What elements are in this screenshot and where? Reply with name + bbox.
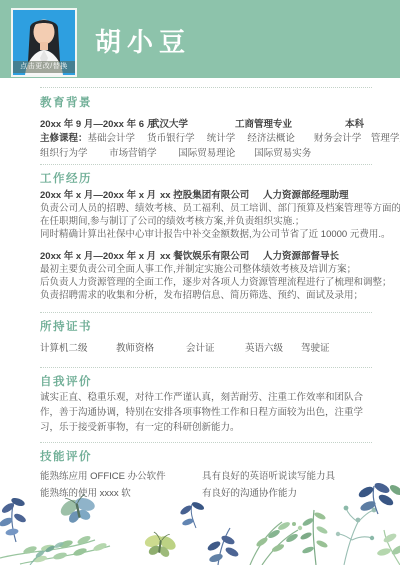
self-evaluation-text: 诚实正直、稳重乐观，对待工作严谨认真，刻苦耐劳、注重工作效率和团队合作，善于沟通… [40, 390, 370, 435]
job1-line1: 负责公司人员的招聘、绩效考核、员工福利、员工培训、部门预算及档案管理等方面的工作… [40, 200, 372, 214]
section-title-certificates: 所持证书 [40, 318, 92, 334]
education-entry-header: 20xx 年 9 月—20xx 年 6 月 武汉大学 工商管理专业 本科 [40, 116, 372, 130]
certificates-row: 计算机二级 教师资格 会计证 英语六级 驾驶证 [40, 340, 372, 354]
job1-line3: 同时精确计算出社保中心审计报告中补交金额数据,为公司节省了近 10000 元费用… [40, 226, 372, 240]
section-title-skills: 技能评价 [40, 448, 92, 464]
job2-line3: 负责招聘需求的收集和分析，发布招聘信息、简历筛选、预约、面试及录用； [40, 287, 372, 301]
certificate-item: 教师资格 [116, 340, 186, 354]
skill-item: 有良好的沟通协作能力 [202, 485, 297, 499]
job2-period: 20xx 年 x 月—20xx 年 x 月 [40, 248, 160, 262]
education-major: 工商管理专业 [235, 116, 345, 130]
certificate-item: 会计证 [186, 340, 245, 354]
job1-line2: 在任职期间,参与制订了公司的绩效考核方案,并负责组织实施.； [40, 213, 372, 227]
job2-line1: 最初主要负责公司全面人事工作,并制定实施公司整体绩效考核及培训方案； [40, 261, 372, 275]
light-green-leaves [376, 530, 400, 565]
education-courses-line2: 组织行为学 市场营销学 国际贸易理论 国际贸易实务 [40, 145, 372, 159]
courses-list-1: 基础会计学 货币银行学 统计学 经济法概论 财务会计学 管理学原理 [88, 133, 400, 144]
job1-header: 20xx 年 x 月—20xx 年 x 月 xx 控股集团有限公司 人力资源部经… [40, 187, 372, 201]
resume-page: 胡小豆 点击更改/替换 教育背景 20xx 年 9 月—20xx 年 6 月 武… [0, 0, 400, 565]
section-divider [40, 312, 372, 313]
job2-company: xx 餐饮娱乐有限公司 [160, 248, 263, 262]
job2-header: 20xx 年 x 月—20xx 年 x 月 xx 餐饮娱乐有限公司 人力资源部督… [40, 248, 372, 262]
section-divider [40, 367, 372, 368]
skill-item: 能熟练的使用 xxxx 软 [40, 485, 202, 499]
courses-label: 主修课程： [40, 133, 88, 144]
education-courses-line1: 主修课程：基础会计学 货币银行学 统计学 经济法概论 财务会计学 管理学原理 [40, 130, 372, 144]
skills-row-2: 能熟练的使用 xxxx 软 有良好的沟通协作能力 [40, 485, 372, 499]
section-title-work: 工作经历 [40, 170, 92, 186]
job1-role: 人力资源部经理助理 [263, 187, 372, 201]
skill-item: 具有良好的英语听说读写能力具 [202, 468, 335, 482]
navy-leaf-sprig [0, 496, 27, 542]
education-degree: 本科 [345, 116, 372, 130]
job1-period: 20xx 年 x 月—20xx 年 x 月 [40, 187, 160, 201]
section-divider [40, 442, 372, 443]
section-title-education: 教育背景 [40, 94, 92, 110]
education-period: 20xx 年 9 月—20xx 年 6 月 [40, 116, 150, 130]
skill-item: 能熟练应用 OFFICE 办公软件 [40, 468, 202, 482]
education-school: 武汉大学 [150, 116, 235, 130]
skills-row-1: 能熟练应用 OFFICE 办公软件 具有良好的英语听说读写能力具 [40, 468, 372, 482]
certificate-item: 英语六级 [245, 340, 301, 354]
section-divider [40, 164, 372, 165]
certificate-item: 计算机二级 [40, 340, 116, 354]
certificate-item: 驾驶证 [301, 340, 330, 354]
job1-company: xx 控股集团有限公司 [160, 187, 263, 201]
job2-role: 人力资源部督导长 [263, 248, 372, 262]
section-divider [40, 87, 372, 88]
section-title-self-evaluation: 自我评价 [40, 373, 92, 389]
resume-content: 教育背景 20xx 年 9 月—20xx 年 6 月 武汉大学 工商管理专业 本… [40, 0, 372, 565]
job2-line2: 后负责人力资源管理的全面工作，逐步对各项人力资源管理流程进行了梳理和调整； [40, 274, 372, 288]
